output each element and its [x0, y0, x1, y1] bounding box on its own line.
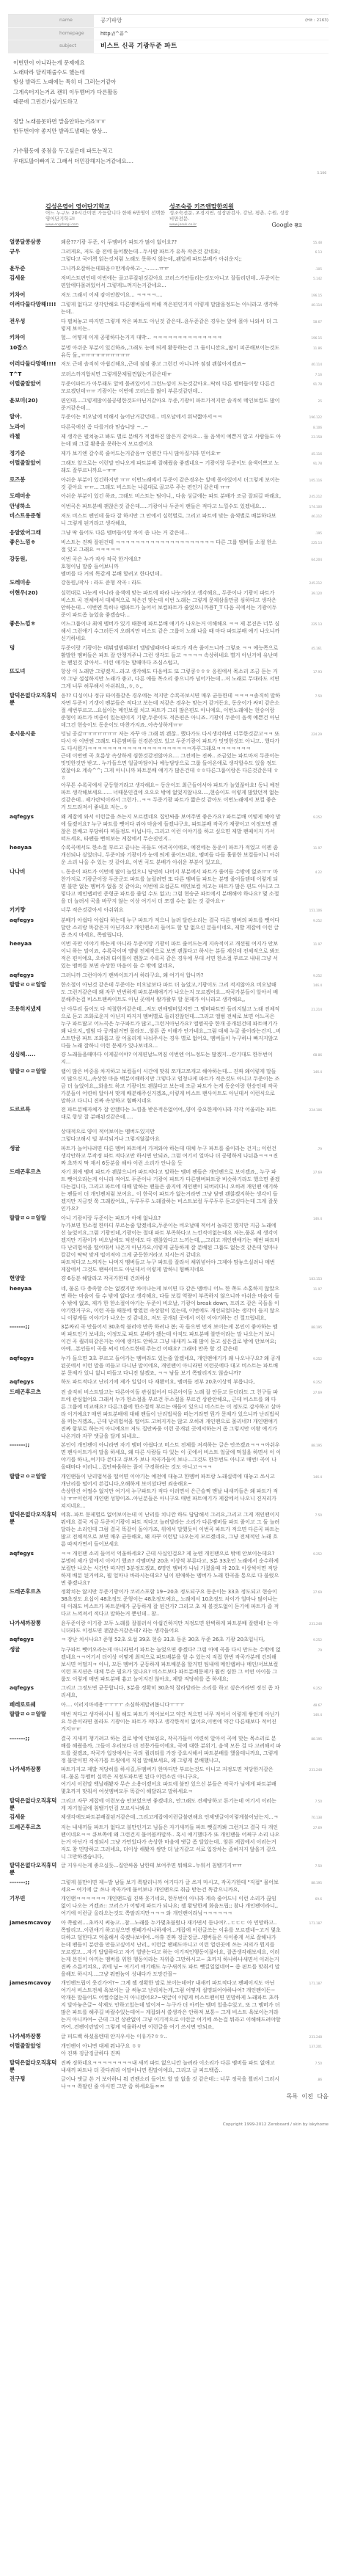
comment-author[interactable]: 얼콩달콩삼콩 [8, 239, 61, 247]
comment-author[interactable]: 이럴줄알았엉 [8, 2042, 61, 2057]
homepage-row: homepage http://^퓨^ [8, 28, 329, 41]
comment-ip: 151.106 [281, 906, 322, 914]
comment-text: 강동원,/작사 : 라도 준형 작곡 : 라도 [61, 579, 281, 587]
comment-row: 랄랄ㄹㅇㄹ알랄매번 적다고 생각하시니 뭘 해도 파트가 적어보이고 약간 적으… [8, 1710, 329, 1734]
comment-text: ㅋㅋ 개인팬 소리 들어서 억울하세요? 근데 사실인걸요? 제 눈엔 개인팬으… [61, 1550, 281, 1587]
comment-row: heeyaa이번 곡만 이야기 하는게 아니라 두준이랑 기광이 파트 줄어드는… [8, 939, 329, 971]
comment-text: 저비스트편인데 이번에는 골고루잘된것같아요 코러스가안들리는것도아니고 잘들리… [61, 274, 281, 289]
homepage-link[interactable]: http://^퓨^ [94, 28, 329, 40]
comment-ip: 9.252 [281, 1550, 322, 1587]
comment-row: 탈덕은없다오직휴덕뿐글 지우시는게 좋으실듯...집안싸움 남한테 보여주면 뭐… [8, 1861, 329, 1878]
comment-text: 수록곡에서도 한소절 부르고 끝나는 곡들도 여러곡이에요, 예전에는 동운이 … [61, 844, 281, 866]
comment-ip: .86 [281, 2075, 322, 2090]
comment-author[interactable]: 도레미송 [8, 492, 61, 501]
comment-row: 드르르륵전 파트분배자체가 잘 안됐다는 느낌을 받은적은없어여,,양이 중요한… [8, 1105, 329, 1144]
comment-author[interactable]: 키차이 [8, 334, 61, 342]
comment-author[interactable]: 생귤 [8, 1145, 61, 1167]
comment-text: 그냥 딱 들어도 다른 멤버들이랑 차이 좀 나는 거 같은데... [61, 529, 281, 537]
post-subject: 비스트 신곡 기광두준 파트 [94, 40, 329, 53]
comment-ip: 69.6 [281, 1895, 322, 1917]
comment-row: 페레로로쉐아.... 이러지마세용ㅜㅜㅜㅜ 소심하게말려봅니다ㅜㅜㅜ48.67 [8, 1700, 329, 1711]
comment-author[interactable]: 심심해..... [8, 1051, 61, 1066]
google-ads: 김성은영어 영어단기학교 어느 누구도 20시간이면 가능합니다 한해 6만명이… [45, 203, 295, 231]
comment-row: 얼콩달콩삼콩왜용??기광 두준, 이 두멤버가 파트가 많이 없어요??55.4… [8, 238, 329, 248]
comment-text: 제생각에도파트분배잘된거같은데..그리고게잡에이런글불편해요 언제댓글이이렇게불… [61, 1813, 281, 1822]
comment-author[interactable]: 나가세까잠뽕 [8, 2033, 61, 2041]
comment-row: 김세윤제생각에도파트분배잘된거같은데..그리고게잡에이런글불편해요 언제댓글이이… [8, 1813, 329, 1823]
comment-text: 누가 들으면 3초 부르고 들어가는 멤버라도 있는줄 알겠네요, 개인팬얘기가… [61, 1355, 281, 1377]
comment-row: 노라이다른곡에선 좀 다를거라 믿습니당 ~..~8.106 [8, 423, 329, 433]
comment-author[interactable]: 현양말 [8, 1275, 61, 1283]
comment-row: 김세윤저비스트편인데 이번에는 골고루잘된것같아요 코러스가안들리는것도아니고 … [8, 274, 329, 291]
comment-ip: 105.116 [281, 476, 322, 491]
comment-row: 랄랄ㄹㅇㄹ알랄아니 기광이랑 두준이는 파트가 아예 없나요? 누가보면 한소절… [8, 1214, 329, 1275]
comment-ip: 224.29 [281, 730, 322, 811]
comment-ip: 171.187 [281, 1979, 322, 2031]
comment-row: -------;;본인이 개인팬이 아니라면 자기 멤버 아쉽다고 비스트 전체… [8, 1441, 329, 1472]
comment-row: -------;;결국 지새끼 챙기려고 하는 걸로 밖에 안보임요, 작곡가들… [8, 1734, 329, 1766]
comment-text: 분배가 아쉽다 아쉽다 하는데 누구 파트가 적으니 늘려 달란소리는 결국 다… [61, 917, 281, 939]
comment-ip: 9.252 [281, 813, 322, 843]
comment-author[interactable]: 이러다둘다망해!!!! [8, 360, 61, 368]
comment-text: 파트가 늘어나려면 다른 멤버 파트에서 가져와야 하는데 대체 누구 파트를 … [61, 1145, 281, 1167]
comment-author[interactable]: 좋은느낌ㅎ [8, 539, 61, 553]
comment-author[interactable]: 뜨도녀 [8, 668, 61, 690]
comment-text: 너무 적은것같아서 아쉬워요 [61, 906, 281, 914]
comment-author[interactable]: -------;; [8, 1323, 61, 1353]
comment-text: 결국 지새끼 챙기려고 하는 걸로 밖에 안보임요, 작곡가들이 어련히 알아서… [61, 1735, 281, 1764]
comment-ip: 8.106 [281, 423, 322, 432]
comment-text: 전 솔직히 비스트말고는 다른아이돌 관심없어서 다른아이돌 노래 잘 안듣고 … [61, 1389, 281, 1440]
comment-text: 에휴..파트 문제별로 없어보이는데 이 난리를 치니깐 하도 답답해서 그러요… [61, 1511, 281, 1548]
comment-ip: 91.78 [281, 380, 322, 395]
comment-text: 왜용??기광 두준, 이 두멤버가 파트가 많이 없어요?? [61, 239, 281, 247]
comment-ip: 46.212 [281, 512, 322, 527]
comment-ip: 55.48 [281, 239, 322, 247]
comment-ip: 137.201 [281, 2042, 322, 2057]
comment-author[interactable]: 비스트용준형 [8, 512, 61, 527]
list-link[interactable]: 목록 [287, 2093, 298, 2100]
author-name-text[interactable]: 공기파앙 [100, 17, 122, 24]
comment-author[interactable]: 드레곤후르츠 [8, 1824, 61, 1860]
comment-row: aqfegysㅋㅋ 개인팬 소리 들어서 억울하세요? 근데 사실인걸요? 제 … [8, 1549, 329, 1588]
comment-text: 아 쪽팔려....초까지 써놓고...참...노래를 누가몇초불렀나 재가면서 … [61, 1919, 281, 1978]
comment-row: 나가세까잠뽕글 피드백 하셨을텐데 안지우시는 이유가?ㅎㅎ..231.248 [8, 2032, 329, 2042]
comment-row: 전우성다 펼쳐놓고 따지면 그렇게 작은 파트도 아닌것 같은데..윤두준같은 … [8, 317, 329, 334]
comment-ip: 58.67 [281, 318, 322, 332]
comment-text: 그리고 자꾸 게잡에 이런모습 안보였으면 좋겠네요, 안그래도 견제당하고 튼… [61, 1797, 281, 1812]
google-ad-label: 광고 [294, 224, 302, 228]
comment-text: 아.... 이러지마세용ㅜㅜㅜㅜ 소심하게말려봅니다ㅜㅜㅜ [61, 1701, 281, 1709]
comment-author[interactable]: 드레곤후르츠 [8, 1588, 61, 1618]
comment-ip: 17.93 [281, 668, 322, 690]
prev-link[interactable]: 이전 [302, 2093, 313, 2100]
comment-ip: 23.158 [281, 433, 322, 448]
comment-text: 자기 최애 멤버 파트가 괜찮으니까 파트적다고 말하는 멤버 팬들은 개인팬으… [61, 1168, 281, 1212]
comment-text: 편인데....그렇게많이불공평한것도아닌거같아요 두준,기광이 파트가적지만 솔… [61, 397, 281, 412]
comment-author[interactable]: 도레미송 [8, 579, 61, 587]
comment-ip: 183.153 [281, 1275, 322, 1283]
comment-row: 탈덕은없다오직휴덕뿐에휴..파트 문제별로 없어보이는데 이 난리를 치니깐 하… [8, 1510, 329, 1549]
next-link[interactable]: 다음 [318, 2093, 329, 2100]
comment-text: 누구파트 뺏어오라는게 아니라면서 파트는 늘었으면 좋겠다? 그럼 아예 곡을… [61, 1646, 281, 1683]
comment-author[interactable]: aqfegys [8, 972, 61, 980]
comment-text: 덩님 공감ㅠㅠㅠㅠㅠㅠㅠ 저는 자꾸 아 그래 뭐 괜찮.. 했다가도 다시생각… [61, 730, 281, 811]
comment-row: 윤시윤시윤덩님 공감ㅠㅠㅠㅠㅠㅠㅠ 저는 자꾸 아 그래 뭐 괜찮.. 했다가도… [8, 729, 329, 812]
comment-ip: 45.161 [281, 644, 322, 666]
comment-row: 심심해.....걍 노래들을때마다 이게끝이야? 이게편날느껴짐 이번엔 어느정… [8, 1050, 329, 1067]
comment-author[interactable]: aqfegys [8, 917, 61, 939]
name-row: name 공기파앙 (Hit : 2163) [8, 15, 329, 28]
comment-ip: 224.106 [281, 1106, 322, 1143]
comment-author[interactable]: 윤시윤시윤 [8, 730, 61, 811]
comment-row: aqfegys그리고 그정도면 균등합니다, 3분을 정확히 30초씩 잘라달라… [8, 1684, 329, 1700]
comment-ip: .79 [281, 1646, 322, 1683]
ad-url[interactable]: www.engdangi.com [45, 222, 166, 228]
comment-ip: 171.187 [281, 1919, 322, 1978]
comment-author[interactable]: 키키쨩 [8, 906, 61, 914]
comment-text: 아쉬운 부분이 있긴 하죠, 그래도 비스트는 팀이니,, 다음 싱글에는 파트… [61, 492, 281, 501]
comment-author[interactable]: 좋은느낌ㅎ [8, 620, 61, 642]
comment-author[interactable]: 덩 [8, 644, 61, 666]
comment-text: 글 지우시는게 좋으실듯...집안싸움 남한테 보여주면 뭐해요..누워서 침뱉… [61, 1862, 281, 1877]
comment-author[interactable]: 라첼 [8, 433, 61, 448]
author-name[interactable]: 공기파앙 (Hit : 2163) [94, 15, 329, 27]
comment-author[interactable]: 랄랄ㄹㅇㄹ알랄 [8, 1068, 61, 1105]
comment-text: 개인팬ㅋㅋㅋㅋㅋㅋ 개인팬드립 진짜 웃기네요, 한두번이 아니라 계속 줄어드… [61, 1895, 281, 1917]
comment-row: 이러다둘다망해!!!!그렇게 없다고 생각안해요 다른멤버들에 비해 적은편인거… [8, 300, 329, 317]
comment-text: 다 펼쳐놓고 따지면 그렇게 작은 파트도 아닌것 같은데..윤두준같은 경우는… [61, 318, 281, 332]
comment-author[interactable]: aqfegys [8, 813, 61, 843]
comment-text: 글이나 댓글 쓴 거 보아하니 뭐 견팬소리 들어도 할 말 없을 것 같은데:… [61, 2075, 281, 2090]
comment-ip: 225.13 [281, 620, 322, 642]
comment-ip: 9.252 [281, 972, 322, 980]
comment-text: 파트가지고 제발 적당히를 하시길,두멤버가 한마디만 부르는것도 아니고 저정… [61, 1766, 281, 1795]
comment-author[interactable]: 키차이 [8, 291, 61, 299]
comment-ip: 146.4 [281, 1473, 322, 1510]
comment-row: 도레미송강동원,/작사 : 라도 준형 작곡 : 라도245.212 [8, 578, 329, 589]
comment-text: 두준이랑 기광이는 데뷔앨범때부터 앨범낼때마다 파트가 계속 줄어드니까 그렇… [61, 644, 281, 666]
comment-ip: 174.100 [281, 503, 322, 511]
board-view: name 공기파앙 (Hit : 2163) homepage http://^… [8, 0, 338, 2128]
comment-text: 어느그룹이나 최애 멤버가 있기 때문에 파트분배 얘기가 나오는거 이해해요 … [61, 620, 281, 642]
comment-ip: 231.248 [281, 1766, 322, 1795]
comment-row: -------;;3분짜리 곡 만들어서 30초씩 불러야 만족 하려나 봄; … [8, 1322, 329, 1354]
subject-label: subject [8, 40, 94, 53]
comment-row: 알아.두준이는 비오날에 비해서 늘어난거같던데... 비오날에서 워낙짧아서ㅋ… [8, 412, 329, 423]
comment-text: ㅋ 장난 치시나요? 준형 52초 요섭 39초 현승 31초 동운 30초 두… [61, 1636, 281, 1644]
comment-ip: .79 [281, 1145, 322, 1167]
comment-row: aqfegys분배가 아쉽다 아쉽다 하는데 누구 파트가 적으니 늘려 달란소… [8, 916, 329, 940]
comment-row: 키키쨩너무 적은것같아서 아쉬워요151.106 [8, 906, 329, 916]
comment-author[interactable]: 기무빈 [8, 1895, 61, 1917]
comment-row: aqfegys왜 게잡에 와서 이런글을 쓰는지 모르겠네요 집안싸움 보여주면… [8, 812, 329, 844]
comment-ip: 11.86 [281, 344, 322, 359]
comment-ip: 146.4 [281, 981, 322, 1003]
comment-ip: 40.114 [281, 360, 322, 368]
comment-row: 나나비ㄴ동운이 파트가 이번에 많이 늘었으니 당연히 나머지 부분에서 파트가… [8, 867, 329, 906]
comment-author[interactable]: 10잡스 [8, 344, 61, 359]
comment-text: 정확치는 않지만 두준기광이가 코러스포함 19~20초 정도되구요 동운이는 … [61, 1588, 281, 1618]
comment-row: 정기준제가 보기엔 갈수록 줄어드는거같음ㅠ 언젠간 다시 많아질거라 믿어요ㅠ… [8, 449, 329, 459]
comment-author[interactable]: -------;; [8, 1441, 61, 1471]
comment-author[interactable]: heeyaa [8, 940, 61, 969]
comment-text: 이번곡은 파트분배 괜찮은것 같은데.....기광이나 두준이 팬들은 적다고 … [61, 503, 281, 511]
comment-text: ㄴ동운이 파트가 이번에 많이 늘었으니 당연히 나머지 부분에서 파트가 줄어… [61, 868, 281, 905]
comment-ip: 39.120 [281, 589, 322, 619]
comment-ip: 146.4 [281, 1068, 322, 1105]
comment-text: 그러니까 그런이야기 팬싸이트가서 하라구요, 왜 여기서 합니까? [61, 972, 281, 980]
comment-row: 규우그러게요, 저도 좀 전에 들어봤는데...두사람 파트가 유독 작은것 같… [8, 247, 329, 264]
board-nav: 목록 이전 다음 [8, 2093, 329, 2100]
comment-ip: 4.22 [281, 868, 322, 905]
comment-author[interactable]: 응알았어그래 [8, 529, 61, 537]
ad-item[interactable]: 김성은영어 영어단기학교 어느 누구도 20시간이면 가능합니다 한해 6만명이… [45, 203, 166, 231]
comment-text: 항상 이 노래만 그렇겠지...라고 생각해도 다음에도 또 그렇쿵ㅎㅎㅎ 응원… [61, 668, 281, 690]
comment-text: 아니 기광이랑 두준이는 파트가 아예 없나요? 누가보면 한소절 한마디 부르… [61, 1215, 281, 1273]
comment-author[interactable]: 로즈봉 [8, 476, 61, 491]
comment-row: 탈덕은없다오직휴덕뿐진짜 징하네요ㅋㅋㅋㅋㅋㅋㅋㅋ내 새끼 파트 없으니깐 늘려… [8, 2059, 329, 2075]
comment-author[interactable]: 생귤 [8, 1646, 61, 1683]
comment-ip: 146.4 [281, 1711, 322, 1733]
homepage-label: homepage [8, 28, 94, 40]
comment-row: 탈덕은없다오직휴덕뿐응?? 디싱이나 정규 타이틀같은 경우에는 적지만 수록곡… [8, 691, 329, 730]
comment-text: 윤두준이랑 이기광 모두 노래를 잘불러서 아쉽긴하지만 저정도면 완벽하게 파… [61, 1620, 281, 1634]
comment-ip: 25 [281, 397, 322, 412]
comment-text: 제 생각은 펼쳐놓고 봐도 별로 분배가 적절하진 않은거 같아요... 둘 음… [61, 433, 281, 448]
comment-author[interactable]: 드르르륵 [8, 1106, 61, 1143]
comment-author[interactable]: 이럴줄알았어 [8, 380, 61, 395]
comment-text: 진짜 징하네요ㅋㅋㅋㅋㅋㅋㅋㅋ내 새끼 파트 없으니깐 늘려라 이소리가 다른 … [61, 2059, 281, 2074]
comment-author[interactable]: 윤두준 [8, 265, 61, 273]
comment-row: 안녕하소이번곡은 파트분배 괜찮은것 같은데.....기광이나 두준이 팬들은 … [8, 502, 329, 512]
post-header: name 공기파앙 (Hit : 2163) homepage http://^… [8, 14, 329, 54]
comment-author[interactable]: 나나비 [8, 868, 61, 905]
comment-row: 비스트용준형저도 비스트 팬인데 둘다 잘 하지만 그 안에서 실력별로, 그리… [8, 512, 329, 528]
comment-row: 생귤파트가 늘어나려면 다른 멤버 파트에서 가져와야 하는데 대체 누구 파트… [8, 1144, 329, 1168]
comment-row: 윤두준그니까요잘하는데화음ㅁ만계속하고-_-........ㅠㅠ.105 [8, 264, 329, 274]
comment-author[interactable]: 노라이 [8, 423, 61, 432]
comment-author[interactable]: jamesmcavoy [8, 1919, 61, 1978]
comment-ip: 11.97 [281, 940, 322, 969]
comment-row: 키차이저도 그래서 어제 잠이안왔어요... ㅋㅋㅋㅋ....196.15 [8, 291, 329, 301]
comment-ip: 7.50 [281, 2059, 322, 2074]
comment-row: 응알았어그래그냥 딱 들어도 다른 멤버들이랑 차이 좀 나는 거 같은데...… [8, 528, 329, 539]
comment-text: 한소절이 아닌것 같은데 두준이는 비오날보다 파트 더 늘었고,기광이도 그리… [61, 981, 281, 1003]
comment-row: 나가세까잠뽕파트가지고 제발 적당히를 하시길,두멤버가 한마디만 부르는것도 … [8, 1765, 329, 1797]
comment-ip: 7.16 [281, 371, 322, 379]
comment-text: 이번 곡은 누가 작사 작곡 한거에요? 호형이님 말씀 들어보니까 멤버를 다… [61, 556, 281, 578]
comment-ip: 196.15 [281, 291, 322, 299]
comment-row: aqfegysㅋ 장난 치시나요? 준형 52초 요섭 39초 현승 31초 동… [8, 1635, 329, 1645]
comment-ip: 88.195 [281, 1323, 322, 1353]
comment-row: 진구찡글이나 댓글 쓴 거 보아하니 뭐 견팬소리 들어도 할 말 없을 것 같… [8, 2075, 329, 2092]
comment-ip: 7.50 [281, 1511, 322, 1548]
comment-row: 이현우(20)실력대로 나눈게 아니라 음색에 맞는 파트에 따라 나눈거라고 … [8, 589, 329, 620]
comment-ip: 40.114 [281, 301, 322, 316]
comment-ip: 27.69 [281, 1588, 322, 1618]
comment-author[interactable]: 페레로로쉐 [8, 1701, 61, 1709]
copyright: Copyright 1999-2012 Zeroboard / skin by … [8, 2121, 329, 2128]
comment-row: 이럴줄알았엉개인팬이 아니면 대체 뭐냐구요 ㅎㅎ 아 진짜 징글징글하다 진짜… [8, 2042, 329, 2059]
comment-ip: 70.138 [281, 1813, 322, 1822]
comment-ip: 11.97 [281, 844, 322, 866]
comment-author[interactable]: 드레곤후르츠 [8, 1168, 61, 1212]
comment-row: 기무빈개인팬ㅋㅋㅋㅋㅋㅋ 개인팬드립 진짜 웃기네요, 한두번이 아니라 계속 … [8, 1894, 329, 1918]
comment-text: 저도 비스트 팬인데 둘다 잘 하지만 그 안에서 실력별로, 그리고 파트에 … [61, 512, 281, 527]
comment-ip: 9.252 [281, 1378, 322, 1386]
comment-text: 이번 곡만 이야기 하는게 아니라 두준이랑 기광이 파트 줄어드는게 지속적이… [61, 940, 281, 969]
comment-text: 개인팬이 아니면 대체 뭐냐구요 ㅎㅎ 아 진짜 징글징글하다 진짜 [61, 2042, 281, 2057]
comment-author[interactable]: 김세윤 [8, 274, 61, 289]
comment-author[interactable]: 이러다둘다망해!!!! [8, 301, 61, 316]
comment-row: 생귤누구파트 뺏어오라는게 아니라면서 파트는 늘었으면 좋겠다? 그럼 아예 … [8, 1645, 329, 1684]
comment-row: 도레미송아쉬운 부분이 있긴 하죠, 그래도 비스트는 팀이니,, 다음 싱글에… [8, 492, 329, 502]
comment-text: 저도 그래서 어제 잠이안왔어요... ㅋㅋㅋㅋ.... [61, 291, 281, 299]
comment-row: 랄랄ㄹㅇㄹ알랄개인팬들이 난리법석을 떨어면 이야기는 예전에 대놓고 한멤버 … [8, 1472, 329, 1511]
comment-ip: 9.252 [281, 917, 322, 939]
comment-ip: 27.69 [281, 1389, 322, 1440]
comment-row: 드레곤후르츠전 솔직히 비스트말고는 다른아이돌 관심없어서 다른아이돌 노래 … [8, 1388, 329, 1441]
comment-text: 왜 게잡에 와서 이런글을 쓰는지 모르겠네요 집안싸움 보여주면 좋은가요? … [61, 813, 281, 843]
comment-row: 덩두준이랑 기광이는 데뷔앨범때부터 앨범낼때마다 파트가 계속 줄어드니까 그… [8, 644, 329, 668]
comment-list: 얼콩달콩삼콩왜용??기광 두준, 이 두멤버가 파트가 많이 없어요??55.4… [8, 238, 329, 2092]
comment-author[interactable]: 랄랄ㄹㅇㄹ알랄 [8, 1711, 61, 1733]
comment-author[interactable]: 정기준 [8, 450, 61, 458]
comment-text: 그리고 그정도면 균등합니다, 3분을 정확히 30초씩 잘라달라는 소리를 하… [61, 1684, 281, 1699]
comment-ip: .195 [281, 529, 322, 537]
comment-ip: 11.97 [281, 1285, 322, 1322]
comment-author[interactable]: aqfegys [8, 1636, 61, 1644]
comment-row: jamesmcavoy아 쪽팔려....초까지 써놓고...참...노래를 누가… [8, 1918, 329, 1979]
comment-row: 좋은느낌ㅎ어느그룹이나 최애 멤버가 있기 때문에 파트분배 얘기가 나오는거 … [8, 619, 329, 644]
comment-author[interactable]: 진구찡 [8, 2075, 61, 2090]
comment-author[interactable]: aqfegys [8, 1378, 61, 1386]
comment-ip: 225.13 [281, 539, 322, 553]
comment-row: 랄랄ㄹㅇㄹ알랄랩이 많은 비중을 차지하고 보컬들이 시간에 맞춰 쪼개고쪼개고… [8, 1067, 329, 1106]
comment-text: 응?? 디싱이나 정규 타이틀같은 경우에는 적지만 수록곡보시면 매우 균등한… [61, 692, 281, 729]
comment-author[interactable]: aqfegys [8, 1684, 61, 1699]
comment-row: aqfegys하도 파트적다고 난리기에 제가 일일이 다 재봤어요, 멤버들 … [8, 1378, 329, 1388]
comment-author[interactable]: 규우 [8, 248, 61, 263]
comment-text: 그니까요잘하는데화음ㅁ만계속하고-_-........ㅠㅠ [61, 265, 281, 273]
comment-author[interactable]: -------;; [8, 1735, 61, 1764]
comment-row: 드레곤후르츠저는 내새끼들 파트가 없다고 불만인거고 님들은 자기새끼들 파트… [8, 1823, 329, 1862]
subject-row: subject 비스트 신곡 기광두준 파트 [8, 40, 329, 54]
comment-author[interactable]: 알아. [8, 413, 61, 421]
comment-author[interactable]: 윤보미(20) [8, 397, 61, 412]
comment-text: 제가 보기엔 갈수록 줄어드는거같음ㅠ 언젠간 다시 많아질거라 믿어요ㅠ [61, 450, 281, 458]
comment-author[interactable]: 탈덕은없다오직휴덕뿐 [8, 692, 61, 729]
comment-author[interactable]: 탈덕은없다오직휴덕뿐 [8, 1862, 61, 1877]
comment-row: aqfegys그러니까 그런이야기 팬싸이트가서 하라구요, 왜 여기서 합니까… [8, 971, 329, 981]
comment-ip: 196.15 [281, 334, 322, 342]
comment-ip: 21.214 [281, 1005, 322, 1049]
comment-text: 저는 내새끼들 파트가 없다고 불만인거고 님들은 자기새끼들 파트 뺏길까봐 … [61, 1824, 281, 1860]
comment-author[interactable]: 탈덕은없다오직휴덕뿐 [8, 2059, 61, 2074]
comment-ip: 9.252 [281, 1636, 322, 1644]
comment-author[interactable]: 랄랄ㄹㅇㄹ알랄 [8, 1473, 61, 1510]
comment-author[interactable]: 탈덕은없다오직휴덕뿐 [8, 1797, 61, 1812]
comment-ip: 88.195 [281, 1735, 322, 1764]
comment-ip: 48.67 [281, 1701, 322, 1709]
comment-text: 3분짜리 곡 만들어서 30초씩 불러야 만족 하려나 봄; 곡 들으면 먼저 … [61, 1323, 281, 1353]
comment-text: 그래도 앞으로는 이런말 안나오게 파트분배 잘해줬음 좋겠네요~ 기광이랑 두… [61, 459, 281, 474]
comment-text: 난 아무리 들어도 다 적절한거같은데...저도 편애멤버있지만 그 멤버파트만… [61, 1005, 281, 1049]
comment-row: jamesmcavoy개인팬드립이 웃긴가여?~ 그게 젤 정확한 말로 보이는… [8, 1979, 329, 2032]
comment-author[interactable]: 나가세까잠뽕 [8, 1766, 61, 1795]
comment-row: heeyaa수록곡에서도 한소절 부르고 끝나는 곡들도 여러곡이에요, 예전에… [8, 843, 329, 867]
name-label: name [8, 15, 94, 27]
comment-author[interactable]: heeyaa [8, 844, 61, 866]
comment-author[interactable]: -------;; [8, 1879, 61, 1893]
comment-row: T^T코러스까지합치면 그렇게문제될껀없는거같은데ㅠ7.16 [8, 370, 329, 380]
comment-row: 이럴줄알았어두준이파트가 아무래도 앞에 몰려있어서 그런느낌이 드는것같아요.… [8, 379, 329, 396]
comment-author[interactable]: 안녕하소 [8, 503, 61, 511]
comment-row: 10잡스분명 아쉬운 부분이 있긴하죠,,그래도 눈에 띄게 활동하는건 그 둘… [8, 343, 329, 360]
comment-ip: 9.252 [281, 1355, 322, 1377]
comment-ip: 27.69 [281, 1168, 322, 1212]
comment-author[interactable]: 랄랄ㄹㅇㄹ알랄 [8, 1215, 61, 1273]
comment-author[interactable]: 전우성 [8, 318, 61, 332]
comment-author[interactable]: 이현우(20) [8, 589, 61, 619]
comment-text: 실력대로 나눈게 아니라 음색에 맞는 파트에 따라 나눈거라고 생각해요,, … [61, 589, 281, 619]
comment-author[interactable]: T^T [8, 371, 61, 379]
comment-ip: 7.50 [281, 1797, 322, 1812]
comment-text: 그러게요, 저도 좀 전에 들어봤는데...두사람 파트가 유독 작은것 같네요… [61, 248, 281, 263]
comment-ip: .105 [281, 265, 322, 273]
comment-ip: 7.50 [281, 1862, 322, 1877]
comment-row: heeyaa네, 물론 다 충족할 수는 없겠지만 차이나는게 보이면 다 같은… [8, 1284, 329, 1323]
comment-author[interactable]: 랄랄ㄹㅇㄹ알랄 [8, 981, 61, 1003]
comment-row: 탈덕은없다오직휴덕뿐그리고 자꾸 게잡에 이런모습 안보였으면 좋겠네요, 안그… [8, 1797, 329, 1813]
comment-ip: 245.212 [281, 579, 322, 587]
comment-row: -------;;그렇게 불만이면 제~발 남들 보기 쪽팔리니까 여기다가 글… [8, 1878, 329, 1895]
comment-ip: 196.122 [281, 413, 322, 421]
comment-text: 헐... 어떻게 이게 공평하다는거지 대박... ㅋㅋㅋㅋㅋㅋㅋㅋㅋㅋㅋㅋㅋㅋ [61, 334, 281, 342]
comment-text: 매번 적다고 생각하시니 뭘 해도 파트가 적어보이고 약간 적으면 너무 적어… [61, 1711, 281, 1733]
comment-author[interactable]: 이럴줄알았어 [8, 459, 61, 474]
comment-row: 윤보미(20)편인데....그렇게많이불공평한것도아닌거같아요 두준,기광이 파… [8, 396, 329, 413]
comment-row: 드레곤후르츠자기 최애 멤버 파트가 괜찮으니까 파트적다고 말하는 멤버 팬들… [8, 1168, 329, 1214]
comment-text: 분명 아쉬운 부분이 있긴하죠,,그래도 눈에 띄게 활동하는건 그 둘이니깐요… [61, 344, 281, 359]
comment-ip: 45.116 [281, 450, 322, 458]
comment-author[interactable]: aqfegys [8, 1355, 61, 1377]
comment-ip: 7.50 [281, 692, 322, 729]
comment-ip: 64.204 [281, 556, 322, 578]
comment-text: 랩이 많은 비중을 차지하고 보컬들이 시간에 맞춰 쪼개고쪼개고 해야하는데.… [61, 1068, 281, 1105]
comment-author[interactable]: aqfegys [8, 1550, 61, 1587]
ad-desc: 어느 누구도 20시간이면 가능합니다 한해 6만명이 선택한 영어단기학교! [45, 210, 166, 222]
comment-author[interactable]: heeyaa [8, 1285, 61, 1322]
comment-ip: 9.252 [281, 1684, 322, 1699]
comment-row: aqfegys누가 들으면 3초 부르고 들어가는 멤버라도 있는줄 알겠네요,… [8, 1354, 329, 1378]
comment-ip: 88.195 [281, 1879, 322, 1893]
comment-ip: 146.4 [281, 1215, 322, 1273]
comment-author[interactable]: 나가세까잠뽕 [8, 1620, 61, 1634]
comment-author[interactable]: 탈덕은없다오직휴덕뿐 [8, 1511, 61, 1548]
comment-author[interactable]: 드레곤후르츠 [8, 1389, 61, 1440]
comment-author[interactable]: 김세윤 [8, 1813, 61, 1822]
comment-author[interactable]: 조용히지냈제 [8, 1005, 61, 1049]
comment-row: 좋은느낌ㅎ비스트는 진짜 잘된건데 ㅋㅋㅋㅋㅋㅋㅋㅋㅋㅋㅋㅋㅋㅋㅋㅋㅋㅋㅋㅋ 다… [8, 538, 329, 555]
google-ad-logo[interactable]: Google 광고 [271, 222, 302, 230]
post-counter: 5.106 [8, 170, 326, 178]
comment-row: 라첼제 생각은 펼쳐놓고 봐도 별로 분배가 적절하진 않은거 같아요... 둘… [8, 432, 329, 449]
comment-text: 그렇게 없다고 생각안해요 다른멤버들에 비해 적은편인거지 이렇게 말많을정도… [61, 301, 281, 316]
comment-author[interactable]: jamesmcavoy [8, 1979, 61, 2031]
comment-author[interactable]: 강동원, [8, 556, 61, 578]
